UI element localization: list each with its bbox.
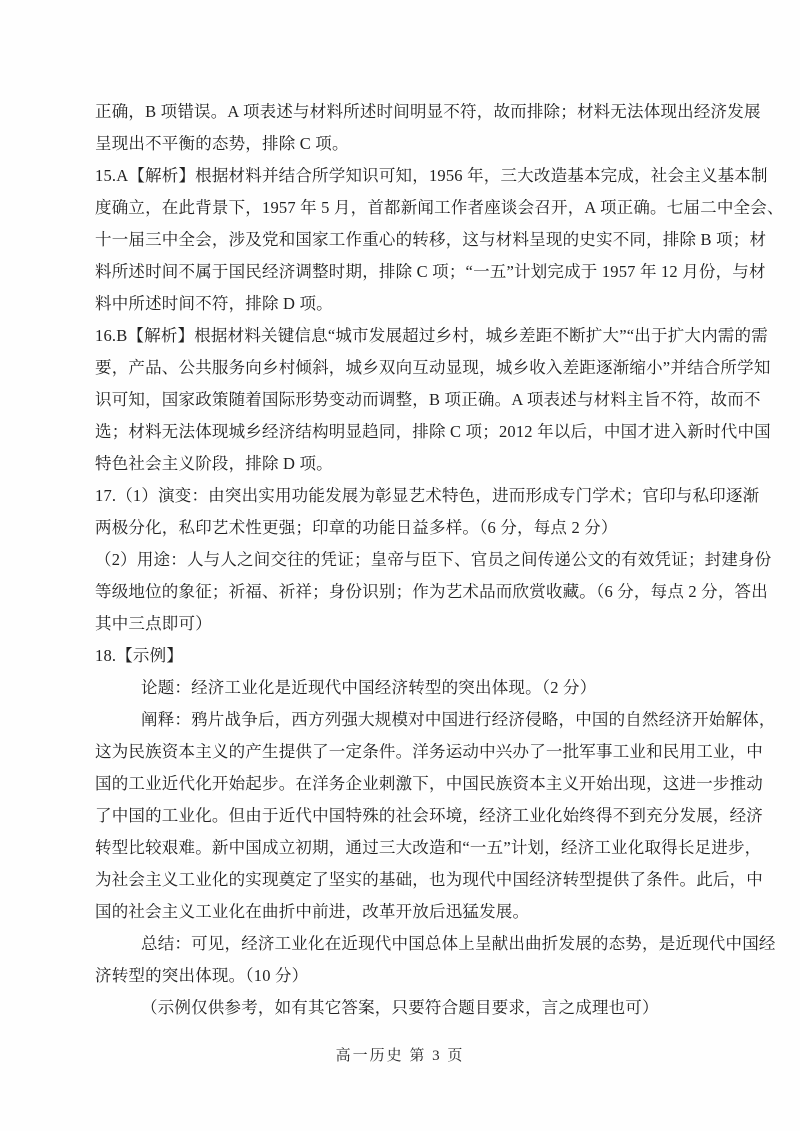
text-line: 正确，B 项错误。A 项表述与材料所述时间明显不符，故而排除；材料无法体现出经济… — [95, 96, 723, 128]
text-line: （示例仅供参考，如有其它答案，只要符合题目要求，言之成理也可） — [95, 992, 723, 1024]
answer-15-analysis: 15.A【解析】根据材料并结合所学知识可知，1956 年，三大改造基本完成，社会… — [95, 160, 723, 320]
answer-18-heading: 18.【示例】 — [95, 640, 723, 672]
answer-17-part1: 17.（1）演变：由突出实用功能发展为彰显艺术特色，进而形成专门学术；官印与私印… — [95, 480, 723, 544]
text-line: 15.A【解析】根据材料并结合所学知识可知，1956 年，三大改造基本完成，社会… — [95, 160, 723, 192]
text-line: 转型比较艰难。新中国成立初期，通过三大改造和“一五”计划，经济工业化取得长足进步… — [95, 832, 723, 864]
text-line: 这为民族资本主义的产生提供了一定条件。洋务运动中兴办了一批军事工业和民用工业，中 — [95, 736, 723, 768]
answer-18-note: （示例仅供参考，如有其它答案，只要符合题目要求，言之成理也可） — [95, 992, 723, 1024]
page-footer: 高一历史 第 3 页 — [0, 1044, 800, 1065]
text-line: 特色社会主义阶段，排除 D 项。 — [95, 448, 723, 480]
text-line: 选；材料无法体现城乡经济结构明显趋同，排除 C 项；2012 年以后，中国才进入… — [95, 416, 723, 448]
text-line: 料所述时间不属于国民经济调整时期，排除 C 项；“一五”计划完成于 1957 年… — [95, 256, 723, 288]
page-number-label: 高一历史 第 3 页 — [336, 1048, 465, 1064]
text-line: 等级地位的象征；祈福、祈祥；身份识别；作为艺术品而欣赏收藏。（6 分，每点 2 … — [95, 576, 723, 608]
answer-16-analysis: 16.B【解析】根据材料关键信息“城市发展超过乡村，城乡差距不断扩大”“出于扩大… — [95, 320, 723, 480]
answer-17-part2: （2）用途：人与人之间交往的凭证；皇帝与臣下、官员之间传递公文的有效凭证；封建身… — [95, 544, 723, 640]
text-line: 论题：经济工业化是近现代中国经济转型的突出体现。（2 分） — [95, 672, 723, 704]
document-page: 正确，B 项错误。A 项表述与材料所述时间明显不符，故而排除；材料无法体现出经济… — [0, 0, 800, 1131]
text-line: 为社会主义工业化的实现奠定了坚实的基础，也为现代中国经济转型提供了条件。此后，中 — [95, 864, 723, 896]
text-line: 总结：可见，经济工业化在近现代中国总体上呈献出曲折发展的态势，是近现代中国经 — [95, 928, 723, 960]
text-line: 呈现出不平衡的态势，排除 C 项。 — [95, 128, 723, 160]
text-line: 十一届三中全会，涉及党和国家工作重心的转移，这与材料呈现的史实不同，排除 B 项… — [95, 224, 723, 256]
text-line: 18.【示例】 — [95, 640, 723, 672]
answer-14-continuation: 正确，B 项错误。A 项表述与材料所述时间明显不符，故而排除；材料无法体现出经济… — [95, 96, 723, 160]
text-line: 料中所述时间不符，排除 D 项。 — [95, 288, 723, 320]
text-line: 国的工业近代化开始起步。在洋务企业刺激下，中国民族资本主义开始出现，这进一步推动 — [95, 768, 723, 800]
text-line: 济转型的突出体现。（10 分） — [95, 960, 723, 992]
answer-key-text: 正确，B 项错误。A 项表述与材料所述时间明显不符，故而排除；材料无法体现出经济… — [95, 96, 723, 1024]
text-line: （2）用途：人与人之间交往的凭证；皇帝与臣下、官员之间传递公文的有效凭证；封建身… — [95, 544, 723, 576]
text-line: 阐释：鸦片战争后，西方列强大规模对中国进行经济侵略，中国的自然经济开始解体， — [95, 704, 723, 736]
answer-18-explanation: 阐释：鸦片战争后，西方列强大规模对中国进行经济侵略，中国的自然经济开始解体，这为… — [95, 704, 723, 928]
text-line: 国的社会主义工业化在曲折中前进，改革开放后迅猛发展。 — [95, 896, 723, 928]
text-line: 17.（1）演变：由突出实用功能发展为彰显艺术特色，进而形成专门学术；官印与私印… — [95, 480, 723, 512]
answer-18-thesis: 论题：经济工业化是近现代中国经济转型的突出体现。（2 分） — [95, 672, 723, 704]
text-line: 要，产品、公共服务向乡村倾斜，城乡双向互动显现，城乡收入差距逐渐缩小”并结合所学… — [95, 352, 723, 384]
text-line: 度确立，在此背景下，1957 年 5 月，首都新闻工作者座谈会召开，A 项正确。… — [95, 192, 723, 224]
answer-18-summary: 总结：可见，经济工业化在近现代中国总体上呈献出曲折发展的态势，是近现代中国经济转… — [95, 928, 723, 992]
text-line: 识可知，国家政策随着国际形势变动而调整，B 项正确。A 项表述与材料主旨不符，故… — [95, 384, 723, 416]
text-line: 其中三点即可） — [95, 608, 723, 640]
text-line: 16.B【解析】根据材料关键信息“城市发展超过乡村，城乡差距不断扩大”“出于扩大… — [95, 320, 723, 352]
text-line: 两极分化，私印艺术性更强；印章的功能日益多样。（6 分，每点 2 分） — [95, 512, 723, 544]
text-line: 了中国的工业化。但由于近代中国特殊的社会环境，经济工业化始终得不到充分发展，经济 — [95, 800, 723, 832]
